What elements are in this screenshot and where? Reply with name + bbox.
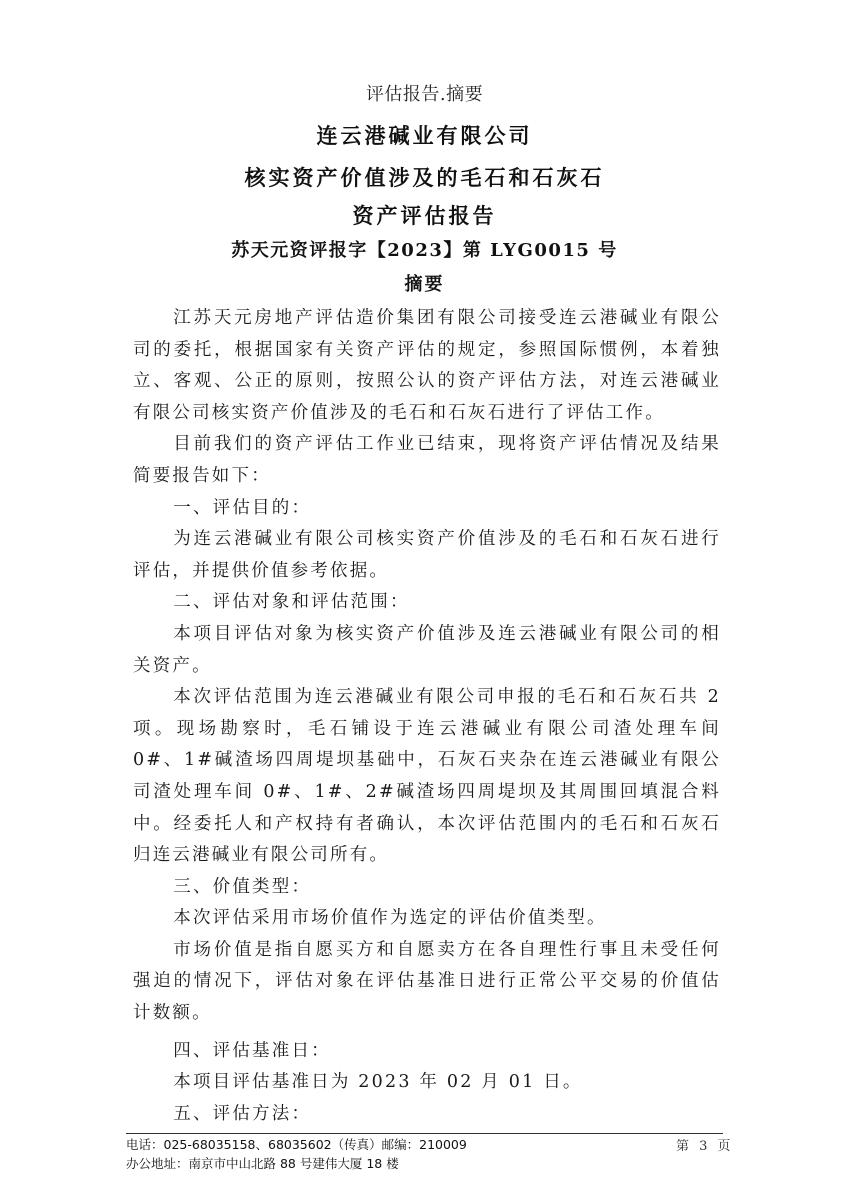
section-heading-scope: 二、评估对象和评估范围： xyxy=(133,587,721,619)
paragraph-purpose: 为连云港碱业有限公司核实资产价值涉及的毛石和石灰石进行评估，并提供价值参考依据。 xyxy=(133,524,721,587)
document-number: 苏天元资评报字【2023】第 LYG0015 号 xyxy=(0,236,849,262)
running-header: 评估报告.摘要 xyxy=(0,80,849,106)
paragraph-summary-lead: 目前我们的资产评估工作业已结束，现将资产评估情况及结果简要报告如下： xyxy=(133,429,721,492)
title-company: 连云港碱业有限公司 xyxy=(0,120,849,150)
section-heading-base-date: 四、评估基准日： xyxy=(133,1036,721,1068)
abstract-body: 江苏天元房地产评估造价集团有限公司接受连云港碱业有限公司的委托，根据国家有关资产… xyxy=(133,303,721,1130)
footer-phone: 电话：025-68035158、68035602（传真）邮编：210009 xyxy=(126,1135,467,1154)
page-number: 第 3 页 xyxy=(676,1135,734,1154)
paragraph-market-value: 市场价值是指自愿买方和自愿卖方在各自理性行事且未受任何强迫的情况下，评估对象在评… xyxy=(133,935,721,1030)
section-heading-value-type: 三、价值类型： xyxy=(133,872,721,904)
title-report-type: 资产评估报告 xyxy=(0,200,849,230)
section-heading-purpose: 一、评估目的： xyxy=(133,493,721,525)
paragraph-base-date: 本项目评估基准日为 2023 年 02 月 01 日。 xyxy=(133,1067,721,1099)
paragraph-object: 本项目评估对象为核实资产价值涉及连云港碱业有限公司的相关资产。 xyxy=(133,619,721,682)
paragraph-value-type: 本次评估采用市场价值作为选定的评估价值类型。 xyxy=(133,903,721,935)
paragraph-scope: 本次评估范围为连云港碱业有限公司申报的毛石和石灰石共 2 项。现场勘察时，毛石铺… xyxy=(133,682,721,872)
footer-contact: 电话：025-68035158、68035602（传真）邮编：210009 办公… xyxy=(126,1135,467,1173)
document-page: 评估报告.摘要 连云港碱业有限公司 核实资产价值涉及的毛石和石灰石 资产评估报告… xyxy=(0,0,849,1200)
title-subject: 核实资产价值涉及的毛石和石灰石 xyxy=(0,162,849,192)
section-heading-method: 五、评估方法： xyxy=(133,1099,721,1131)
footer-address: 办公地址：南京市中山北路 88 号建伟大厦 18 楼 xyxy=(126,1154,467,1173)
footer-divider xyxy=(126,1133,723,1134)
paragraph-intro: 江苏天元房地产评估造价集团有限公司接受连云港碱业有限公司的委托，根据国家有关资产… xyxy=(133,303,721,429)
abstract-heading: 摘要 xyxy=(0,270,849,296)
